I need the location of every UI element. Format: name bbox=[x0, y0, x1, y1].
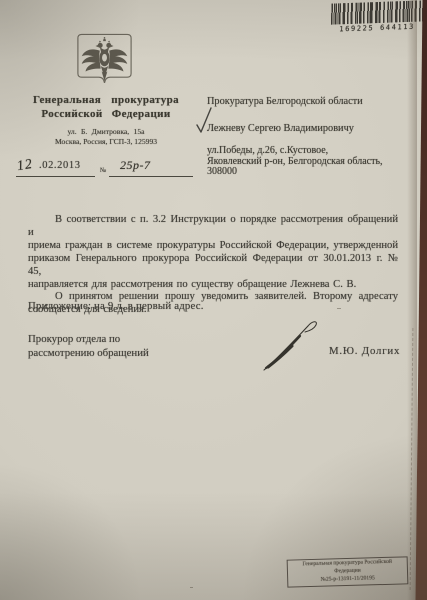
recipient-organization: Прокуратура Белгородской области bbox=[207, 96, 363, 107]
paper-edge-shadow bbox=[407, 0, 417, 600]
paper-speck bbox=[190, 587, 193, 588]
body-line: направляется для рассмотрения по существ… bbox=[28, 279, 398, 292]
recipient-address-line2: Яковлевский р-он, Белгородская область, bbox=[207, 157, 419, 168]
signer-name: М.Ю. Долгих bbox=[329, 345, 400, 357]
date-number-line: 12 .02.2013 № 25р-7 bbox=[16, 157, 192, 181]
signer-title-line2: рассмотрению обращений bbox=[28, 347, 149, 361]
document-number: 25р-7 bbox=[120, 158, 151, 173]
recipient-postal-code: 308000 bbox=[207, 167, 419, 178]
number-underline bbox=[109, 176, 193, 177]
paper-speck bbox=[337, 308, 341, 309]
recipient-address-line1: ул.Победы, д.26, с.Кустовое, bbox=[207, 146, 419, 157]
body-line: приказом Генерального прокурора Российск… bbox=[28, 253, 398, 279]
handwritten-day: 12 bbox=[16, 157, 34, 175]
signature-icon bbox=[262, 318, 324, 377]
body-line: В соответствии с п. 3.2 Инструкции о пор… bbox=[28, 214, 398, 240]
number-sign: № bbox=[100, 167, 106, 174]
coat-of-arms-icon bbox=[76, 31, 133, 93]
signer-title-line1: Прокурор отдела по bbox=[28, 333, 149, 347]
letterhead-address-line2: Москва, Россия, ГСП-3, 125993 bbox=[18, 137, 194, 146]
letterhead-org-line1: Генеральная прокуратура bbox=[18, 94, 194, 106]
printed-date: .02.2013 bbox=[39, 160, 81, 171]
body-line: приема граждан в системе прокуратуры Рос… bbox=[28, 240, 398, 253]
scanned-letter-photo: 169225 644113 Генеральная bbox=[0, 0, 427, 600]
letterhead-address-line1: ул. Б. Дмитровка, 15а bbox=[18, 127, 194, 136]
recipient-person: Лежневу Сергею Владимировичу bbox=[207, 123, 354, 134]
date-underline bbox=[16, 176, 95, 177]
attachment-note: Приложение: на 9 л. в первый адрес. bbox=[28, 300, 204, 312]
letterhead-org-line2: Российской Федерации bbox=[18, 108, 194, 120]
signer-title: Прокурор отдела по рассмотрению обращени… bbox=[28, 333, 149, 360]
registration-stamp: Генеральная прокуратура Российской Федер… bbox=[287, 556, 409, 587]
